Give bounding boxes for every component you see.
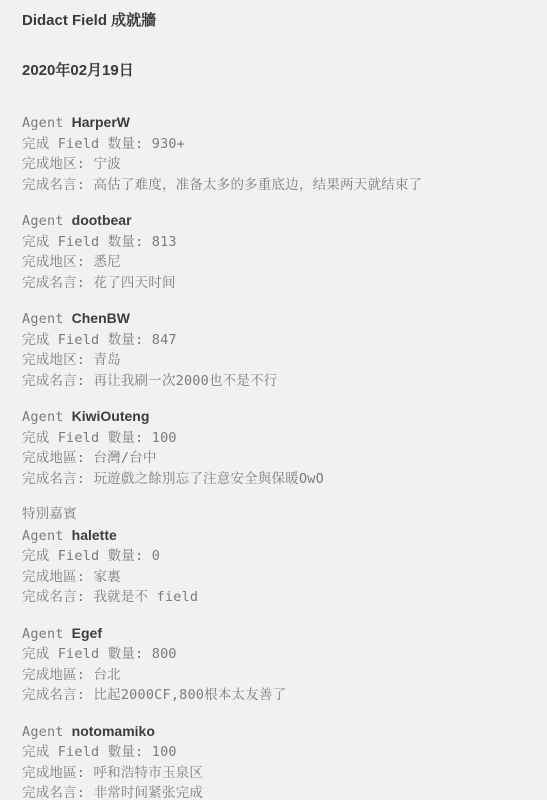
special-guest-label: 特別嘉賓 — [22, 504, 527, 525]
agent-label: Agent — [22, 724, 64, 740]
agent-name: Egef — [72, 625, 102, 641]
agent-name-line: Agenthalette — [22, 525, 527, 547]
agent-name: KiwiOuteng — [72, 408, 150, 424]
quote-line: 完成名言: 高估了难度，准备太多的多重底边，结果两天就结束了 — [22, 175, 527, 196]
field-count-line: 完成 Field 数量: 930+ — [22, 134, 527, 155]
region-line: 完成地区: 青岛 — [22, 350, 527, 371]
region-line: 完成地区: 宁波 — [22, 154, 527, 175]
field-count-line: 完成 Field 數量: 100 — [22, 428, 527, 449]
region-line: 完成地区: 悉尼 — [22, 252, 527, 273]
field-count-line: 完成 Field 數量: 0 — [22, 546, 527, 567]
agent-block-kiwiouteng: AgentKiwiOuteng 完成 Field 數量: 100 完成地區: 台… — [22, 406, 527, 489]
agent-name-line: AgentChenBW — [22, 308, 527, 330]
agent-name-line: AgentEgef — [22, 623, 527, 645]
agent-block-halette: 特別嘉賓 Agenthalette 完成 Field 數量: 0 完成地區: 家… — [22, 504, 527, 608]
agent-name-line: AgentHarperW — [22, 112, 527, 134]
agent-label: Agent — [22, 311, 64, 327]
agent-name: ChenBW — [72, 310, 130, 326]
agent-label: Agent — [22, 213, 64, 229]
agent-name: halette — [72, 527, 117, 543]
quote-line: 完成名言: 我就是不 field — [22, 587, 527, 608]
agent-block-harperw: AgentHarperW 完成 Field 数量: 930+ 完成地区: 宁波 … — [22, 112, 527, 195]
region-line: 完成地區: 台北 — [22, 665, 527, 686]
agent-block-notomamiko: Agentnotomamiko 完成 Field 數量: 100 完成地區: 呼… — [22, 721, 527, 800]
agent-name: notomamiko — [72, 723, 155, 739]
field-count-line: 完成 Field 数量: 847 — [22, 330, 527, 351]
quote-line: 完成名言: 比起2000CF,800根本太友善了 — [22, 685, 527, 706]
page-date: 2020年02月19日 — [22, 62, 527, 80]
agent-block-egef: AgentEgef 完成 Field 數量: 800 完成地區: 台北 完成名言… — [22, 623, 527, 706]
agent-block-chenbw: AgentChenBW 完成 Field 数量: 847 完成地区: 青岛 完成… — [22, 308, 527, 391]
quote-line: 完成名言: 花了四天时间 — [22, 273, 527, 294]
agent-name: HarperW — [72, 114, 130, 130]
region-line: 完成地區: 呼和浩特市玉泉区 — [22, 763, 527, 784]
agent-label: Agent — [22, 115, 64, 131]
quote-line: 完成名言: 再让我刷一次2000也不是不行 — [22, 371, 527, 392]
agent-name-line: Agentnotomamiko — [22, 721, 527, 743]
field-count-line: 完成 Field 數量: 100 — [22, 742, 527, 763]
agent-label: Agent — [22, 409, 64, 425]
achievement-wall-page: Didact Field 成就牆 2020年02月19日 AgentHarper… — [0, 0, 547, 800]
field-count-line: 完成 Field 数量: 813 — [22, 232, 527, 253]
agent-label: Agent — [22, 528, 64, 544]
agent-block-dootbear: Agentdootbear 完成 Field 数量: 813 完成地区: 悉尼 … — [22, 210, 527, 293]
region-line: 完成地區: 台灣/台中 — [22, 448, 527, 469]
field-count-line: 完成 Field 數量: 800 — [22, 644, 527, 665]
agent-name-line: AgentKiwiOuteng — [22, 406, 527, 428]
agent-label: Agent — [22, 626, 64, 642]
quote-line: 完成名言: 玩遊戲之餘別忘了注意安全與保暖OwO — [22, 469, 527, 490]
agent-name-line: Agentdootbear — [22, 210, 527, 232]
quote-line: 完成名言: 非常时间紧张完成 — [22, 783, 527, 800]
region-line: 完成地區: 家裏 — [22, 567, 527, 588]
agent-name: dootbear — [72, 212, 132, 228]
page-title: Didact Field 成就牆 — [22, 12, 527, 30]
